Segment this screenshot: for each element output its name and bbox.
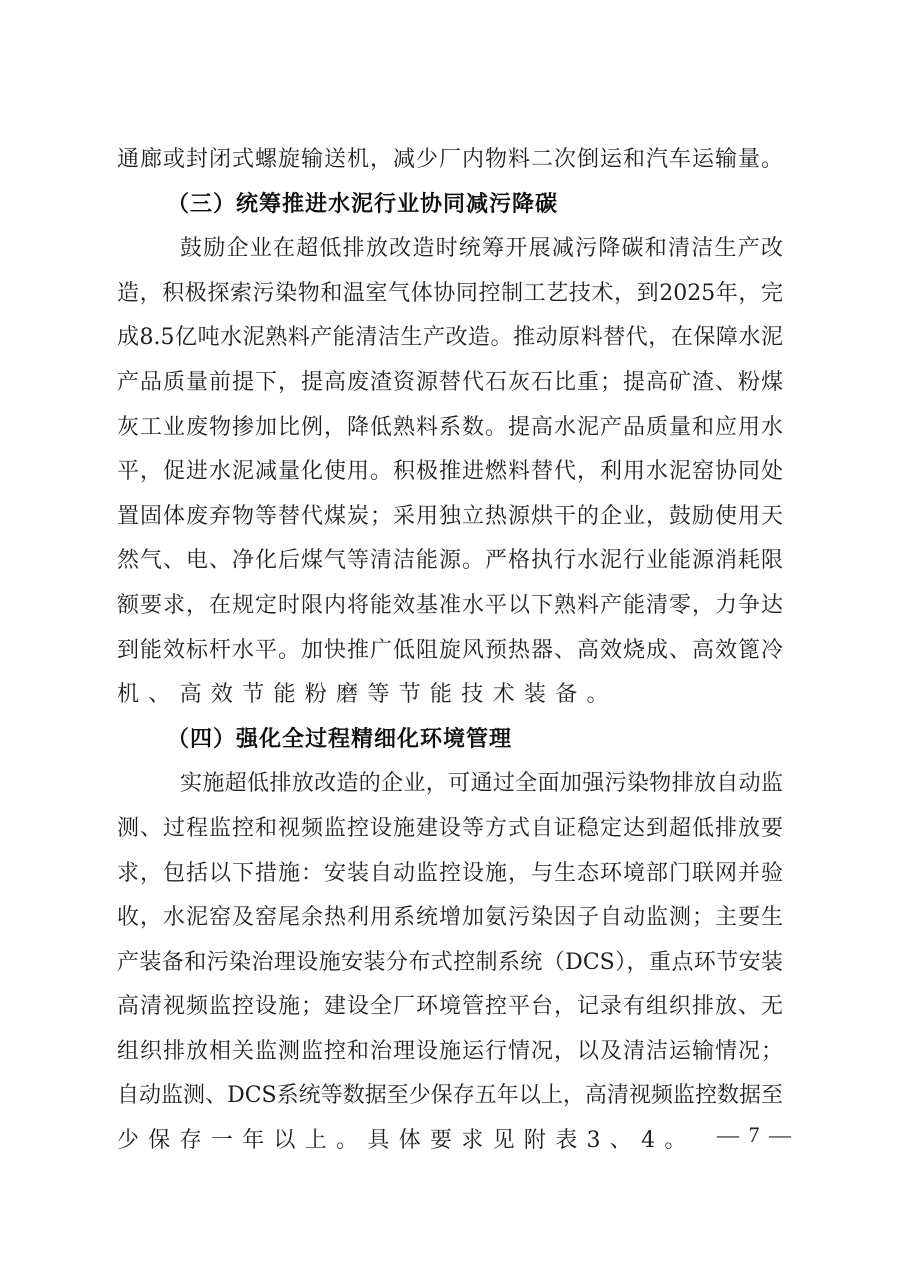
paragraph-line: 测、过程监控和视频监控设施建设等方式自证稳定达到超低排放要	[117, 807, 783, 852]
paragraph-line: 少保存一年以上。具体要求见附表3、4。	[117, 1119, 787, 1164]
paragraph-line: 平，促进水泥减量化使用。积极推进燃料替代，利用水泥窑协同处	[117, 450, 783, 495]
paragraph-line: 成8.5亿吨水泥熟料产能清洁生产改造。推动原料替代，在保障水泥	[117, 316, 783, 361]
paragraph-line: 造，积极探索污染物和温室气体协同控制工艺技术，到2025年，完	[117, 272, 783, 317]
page-number: — 7 —	[717, 1122, 793, 1148]
paragraph-line: 鼓励企业在超低排放改造时统筹开展减污降碳和清洁生产改	[117, 227, 783, 272]
paragraph-line: 求，包括以下措施：安装自动监控设施，与生态环境部门联网并验	[117, 852, 783, 897]
paragraph-line: 额要求，在规定时限内将能效基准水平以下熟料产能清零，力争达	[117, 584, 783, 629]
section-heading-4: （四）强化全过程精细化环境管理	[117, 718, 787, 763]
paragraph-line: 然气、电、净化后煤气等清洁能源。严格执行水泥行业能源消耗限	[117, 539, 783, 584]
paragraph-line: 收，水泥窑及窑尾余热利用系统增加氨污染因子自动监测；主要生	[117, 896, 783, 941]
paragraph-line: 高清视频监控设施；建设全厂环境管控平台，记录有组织排放、无	[117, 985, 783, 1030]
paragraph-line: 实施超低排放改造的企业，可通过全面加强污染物排放自动监	[117, 762, 783, 807]
paragraph-line: 通廊或封闭式螺旋输送机，减少厂内物料二次倒运和汽车运输量。	[117, 138, 783, 183]
paragraph-line: 灰工业废物掺加比例，降低熟料系数。提高水泥产品质量和应用水	[117, 406, 783, 451]
section-heading-3: （三）统筹推进水泥行业协同减污降碳	[117, 183, 787, 228]
document-page: 通廊或封闭式螺旋输送机，减少厂内物料二次倒运和汽车运输量。 （三）统筹推进水泥行…	[0, 0, 900, 1272]
document-body: 通廊或封闭式螺旋输送机，减少厂内物料二次倒运和汽车运输量。 （三）统筹推进水泥行…	[117, 138, 787, 1164]
paragraph-line: 产装备和污染治理设施安装分布式控制系统（DCS），重点环节安装	[117, 941, 783, 986]
paragraph-line: 组织排放相关监测监控和治理设施运行情况，以及清洁运输情况；	[117, 1030, 783, 1075]
paragraph-line: 自动监测、DCS系统等数据至少保存五年以上，高清视频监控数据至	[117, 1074, 783, 1119]
paragraph-line: 产品质量前提下，提高废渣资源替代石灰石比重；提高矿渣、粉煤	[117, 361, 783, 406]
paragraph-line: 到能效标杆水平。加快推广低阻旋风预热器、高效烧成、高效篦冷	[117, 629, 783, 674]
paragraph-line: 置固体废弃物等替代煤炭；采用独立热源烘干的企业，鼓励使用天	[117, 495, 783, 540]
paragraph-line: 机、高效节能粉磨等节能技术装备。	[117, 673, 787, 718]
